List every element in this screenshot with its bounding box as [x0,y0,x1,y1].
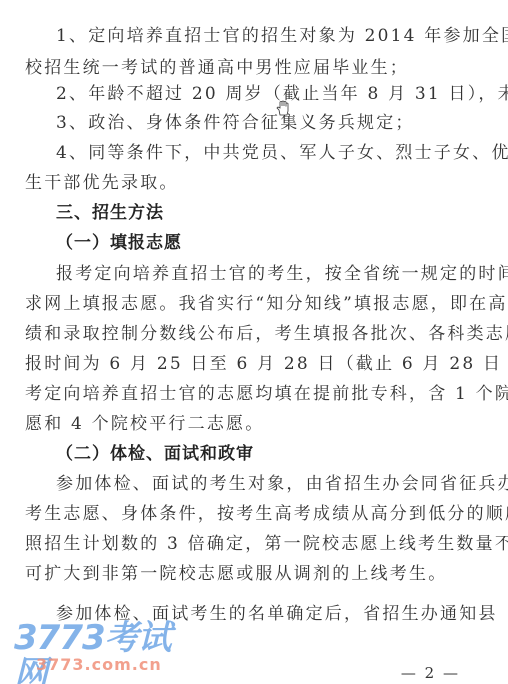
section-heading: 三、招生方法 [56,203,496,223]
hand-pointer-icon [276,100,290,116]
subsection-heading: （二）体检、面试和政审 [56,444,496,464]
paragraph-line: 绩和录取控制分数线公布后，考生填报各批次、各科类志愿，填 [25,324,465,344]
subsection-heading: （一）填报志愿 [56,233,496,253]
paragraph-line: 愿和 4 个院校平行二志愿。 [25,414,465,434]
paragraph-line: 考定向培养直招士官的志愿均填在提前批专科，含 1 个院校一志 [25,384,465,404]
paragraph-line: 可扩大到非第一院校志愿或服从调剂的上线考生。 [25,564,465,584]
paragraph-line: 参加体检、面试的考生对象，由省招生办会同省征兵办根据 [56,474,496,494]
paragraph-line: 报考定向培养直招士官的考生，按全省统一规定的时间及要 [56,264,496,284]
page-number: — 2 — [401,664,460,682]
document-page: 1、定向培养直招士官的招生对象为 2014 年参加全国普通高 校招生统一考试的普… [0,0,508,684]
paragraph-line: 校招生统一考试的普通高中男性应届毕业生； [25,58,465,78]
paragraph-line: 求网上填报志愿。我省实行“知分知线”填报志愿，即在高考成 [25,294,465,314]
paragraph-line: 参加体检、面试考生的名单确定后，省招生办通知县（市、 [56,604,496,624]
paragraph-line: 报时间为 6 月 25 日至 6 月 28 日（截止 6 月 28 日 17：0… [25,354,465,374]
paragraph-line: 考生志愿、身体条件，按考生高考成绩从高分到低分的顺序，依 [25,504,465,524]
paragraph-line: 4、同等条件下，中共党员、军人子女、烈士子女、优秀学 [56,143,496,163]
paragraph-line: 生干部优先录取。 [25,173,465,193]
paragraph-line: 照招生计划数的 3 倍确定，第一院校志愿上线考生数量不足时， [25,534,465,554]
paragraph-line: 1、定向培养直招士官的招生对象为 2014 年参加全国普通高 [56,26,496,46]
